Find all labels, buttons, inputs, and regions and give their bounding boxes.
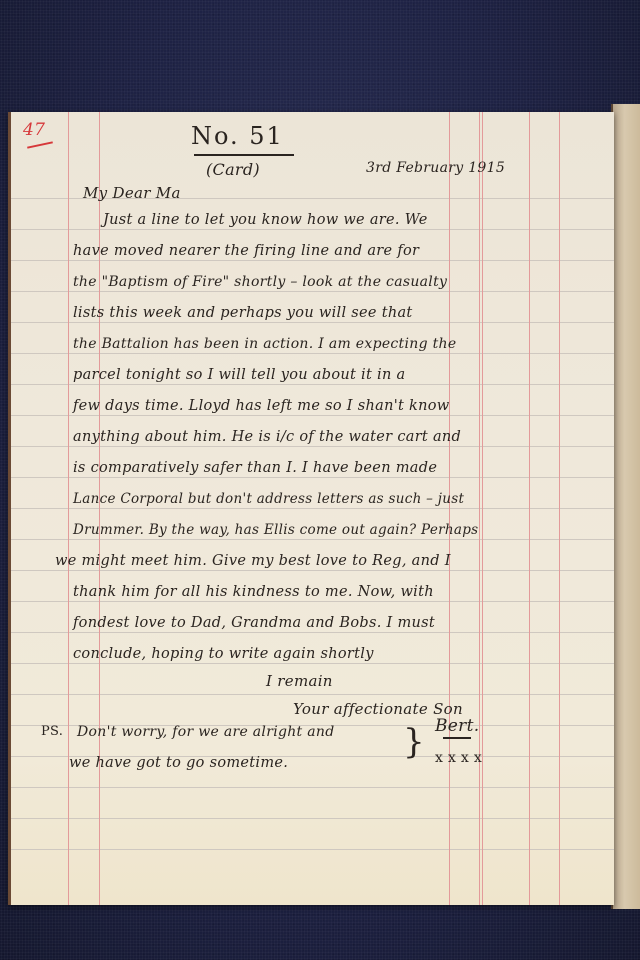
- signature: Bert.: [435, 716, 479, 736]
- body-line: the "Baptism of Fire" shortly – look at …: [73, 274, 447, 290]
- letter-number: No. 51: [191, 122, 284, 150]
- kisses: x x x x: [435, 750, 482, 766]
- salutation: My Dear Ma: [83, 184, 181, 202]
- ruled-line: [11, 508, 614, 509]
- ruled-line: [11, 849, 614, 850]
- ruled-line: [11, 415, 614, 416]
- body-line: we might meet him. Give my best love to …: [55, 553, 451, 569]
- ruled-line: [11, 570, 614, 571]
- signature-underline: [443, 737, 471, 739]
- body-line: Drummer. By the way, has Ellis come out …: [73, 522, 478, 538]
- ruled-line: [11, 632, 614, 633]
- body-line: fondest love to Dad, Grandma and Bobs. I…: [73, 615, 435, 631]
- ruled-line: [11, 322, 614, 323]
- ruled-line: [11, 260, 614, 261]
- ruled-line: [11, 539, 614, 540]
- column-rule: [529, 112, 530, 905]
- ruled-line: [11, 694, 614, 695]
- postscript-line: we have got to go sometime.: [69, 755, 288, 771]
- column-rule: [482, 112, 483, 905]
- postscript-line: Don't worry, for we are alright and: [77, 724, 334, 740]
- ruled-line: [11, 229, 614, 230]
- ledger-page: 47 No. 51 (Card) 3rd February 1915 My De…: [8, 112, 614, 905]
- brace: }: [403, 722, 425, 762]
- ruled-line: [11, 663, 614, 664]
- page-number-underline: [27, 141, 53, 148]
- ruled-line: [11, 818, 614, 819]
- ruled-line: [11, 384, 614, 385]
- column-rule: [449, 112, 450, 905]
- body-line: lists this week and perhaps you will see…: [73, 305, 413, 321]
- postscript-label: PS.: [41, 724, 63, 739]
- body-line: Lance Corporal but don't address letters…: [73, 491, 464, 507]
- ruled-line: [11, 353, 614, 354]
- margin-rule: [99, 112, 100, 905]
- body-line: is comparatively safer than I. I have be…: [73, 460, 437, 476]
- format-note: (Card): [206, 160, 260, 179]
- body-line: the Battalion has been in action. I am e…: [73, 336, 456, 352]
- ruled-line: [11, 787, 614, 788]
- ruled-line: [11, 477, 614, 478]
- column-rule: [559, 112, 560, 905]
- body-line: parcel tonight so I will tell you about …: [73, 367, 405, 383]
- body-line: have moved nearer the firing line and ar…: [73, 243, 419, 259]
- ruled-line: [11, 601, 614, 602]
- body-line: conclude, hoping to write again shortly: [73, 646, 374, 662]
- letter-number-underline: [194, 154, 294, 156]
- page-number: 47: [23, 120, 45, 140]
- body-line: Just a line to let you know how we are. …: [103, 212, 428, 228]
- body-line: few days time. Lloyd has left me so I sh…: [73, 398, 450, 414]
- ruled-line: [11, 446, 614, 447]
- closing-remain: I remain: [266, 672, 333, 690]
- letter-date: 3rd February 1915: [366, 160, 505, 176]
- column-rule: [479, 112, 480, 905]
- body-line: thank him for all his kindness to me. No…: [73, 584, 434, 600]
- next-page-edge: [611, 104, 640, 909]
- body-line: anything about him. He is i/c of the wat…: [73, 429, 461, 445]
- ruled-line: [11, 291, 614, 292]
- margin-rule: [68, 112, 69, 905]
